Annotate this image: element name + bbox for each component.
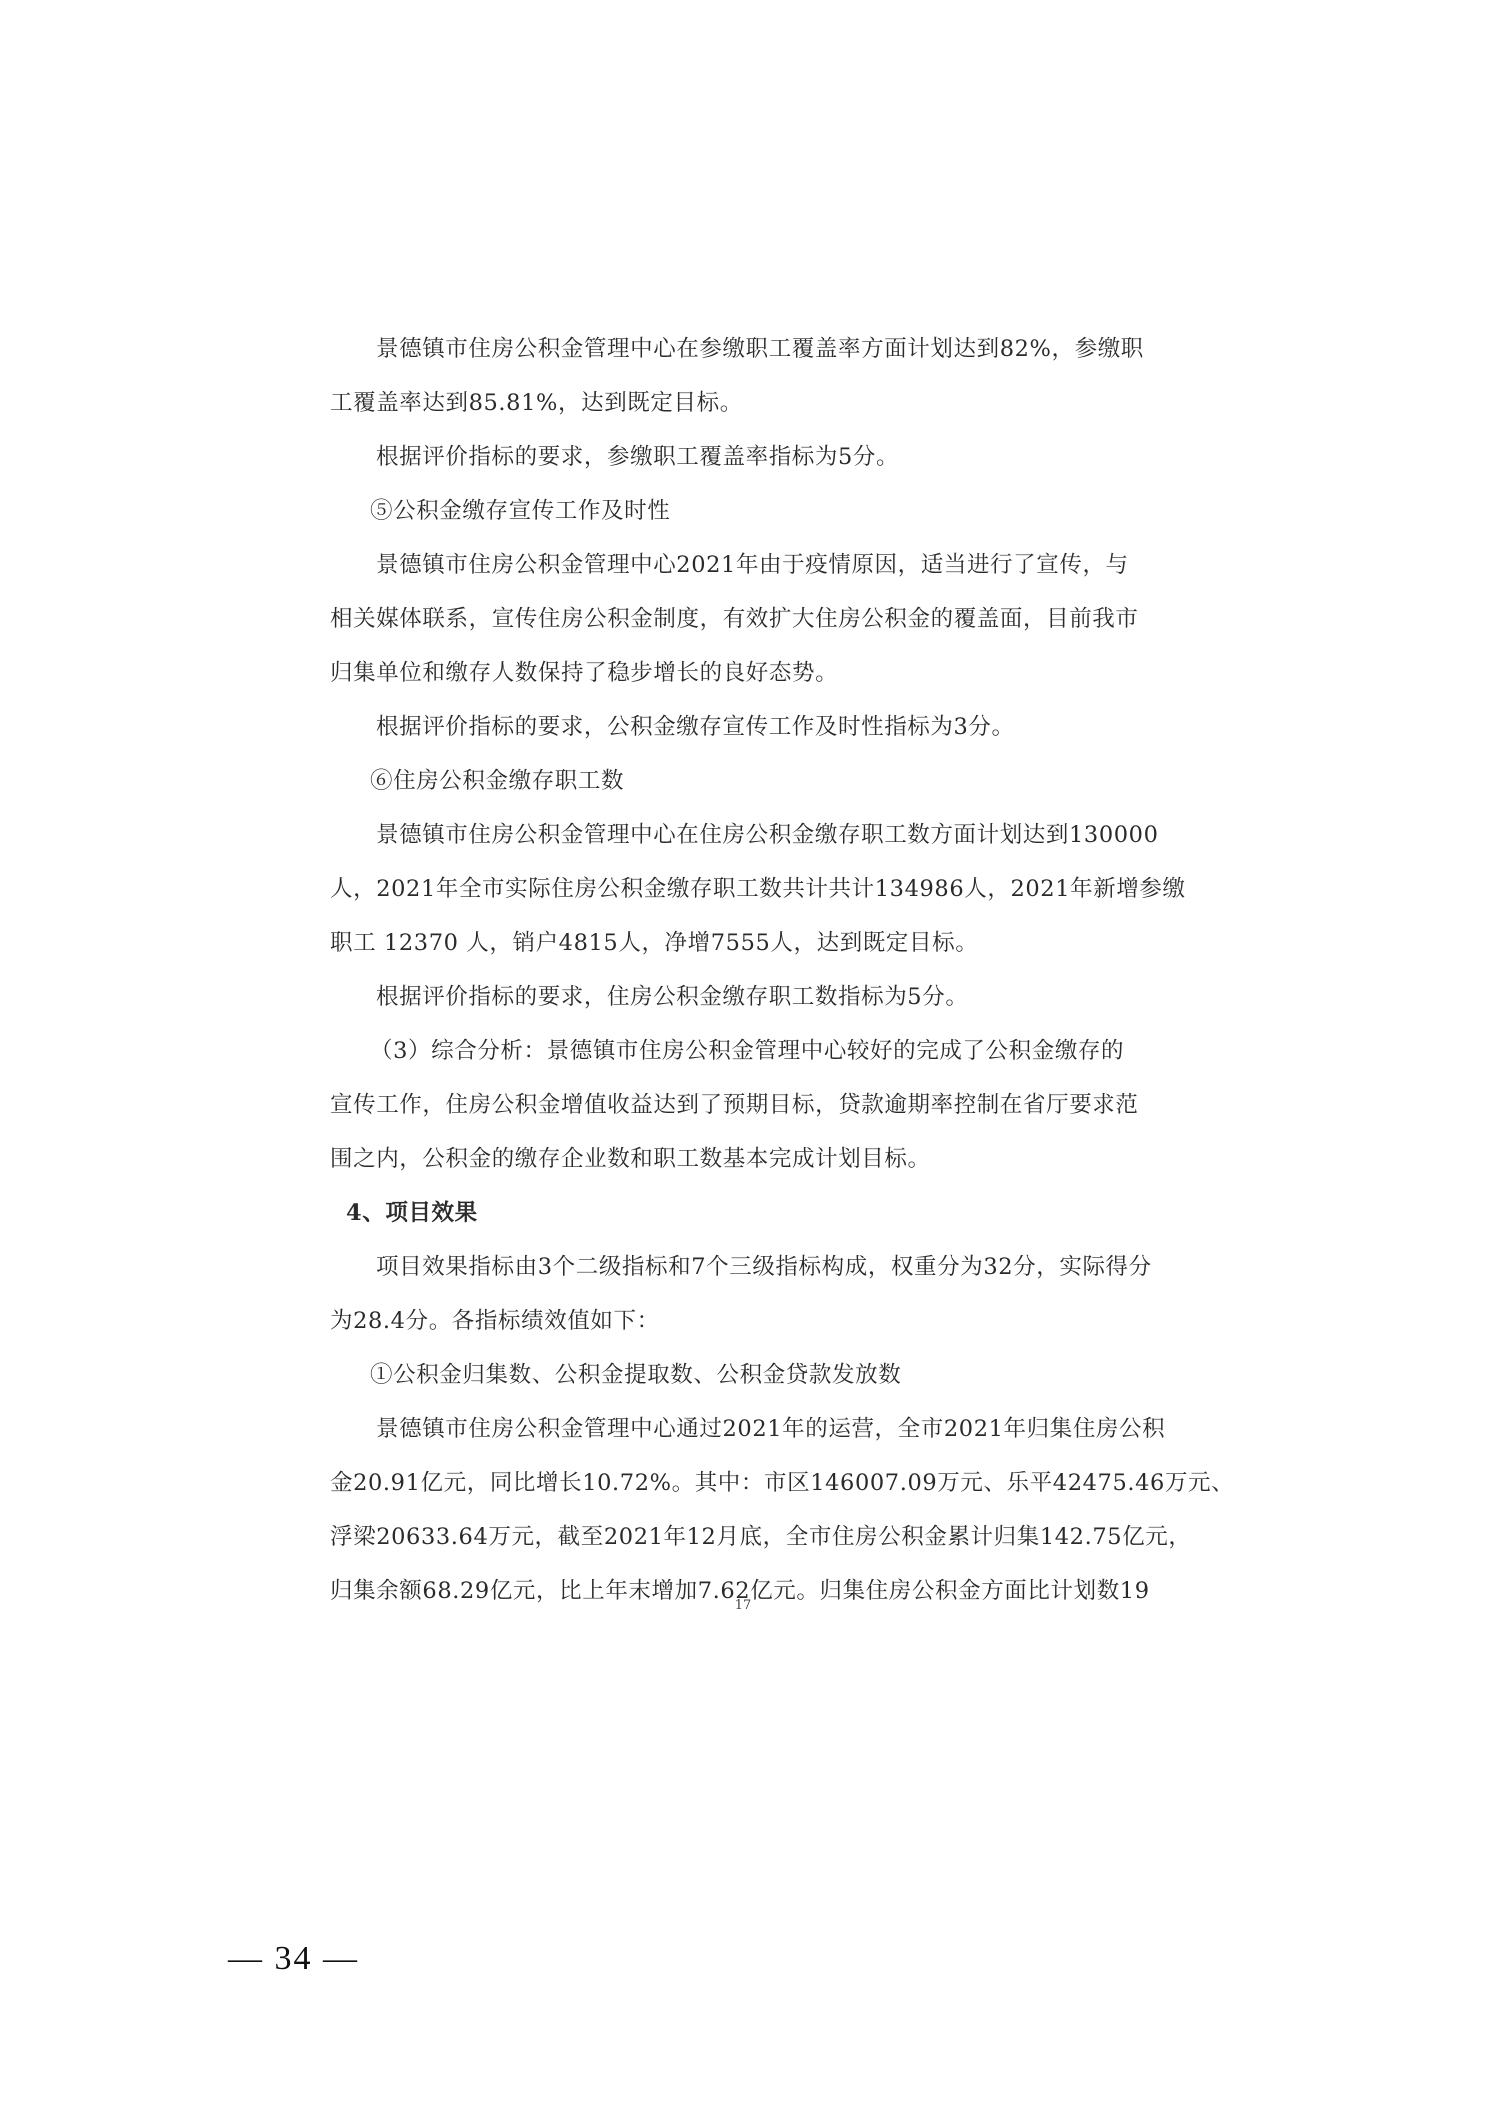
inner-page-number: 17 [0, 1598, 1486, 1613]
paragraph-line: 围之内，公积金的缴存企业数和职工数基本完成计划目标。 [330, 1132, 1180, 1186]
paragraph-line: 浮梁20633.64万元，截至2021年12月底，全市住房公积金累计归集142.… [330, 1510, 1180, 1564]
paragraph-line: 人，2021年全市实际住房公积金缴存职工数共计共计134986人，2021年新增… [330, 862, 1180, 916]
paragraph-line: 根据评价指标的要求，参缴职工覆盖率指标为5分。 [330, 430, 1180, 484]
paragraph-line: 根据评价指标的要求，住房公积金缴存职工数指标为5分。 [330, 970, 1180, 1024]
paragraph-line: 根据评价指标的要求，公积金缴存宣传工作及时性指标为3分。 [330, 700, 1180, 754]
paragraph-line: 职工 12370 人，销户4815人，净增7555人，达到既定目标。 [330, 916, 1180, 970]
outer-page-number: — 34 — [228, 1940, 359, 1978]
paragraph-line: 景德镇市住房公积金管理中心通过2021年的运营，全市2021年归集住房公积 [330, 1402, 1180, 1456]
subheading: ①公积金归集数、公积金提取数、公积金贷款发放数 [330, 1348, 1180, 1402]
subheading: ⑤公积金缴存宣传工作及时性 [330, 484, 1180, 538]
paragraph-line: 归集单位和缴存人数保持了稳步增长的良好态势。 [330, 646, 1180, 700]
document-page: 景德镇市住房公积金管理中心在参缴职工覆盖率方面计划达到82%，参缴职 工覆盖率达… [0, 0, 1486, 2103]
document-body: 景德镇市住房公积金管理中心在参缴职工覆盖率方面计划达到82%，参缴职 工覆盖率达… [330, 322, 1180, 1618]
paragraph-line: 项目效果指标由3个二级指标和7个三级指标构成，权重分为32分，实际得分 [330, 1240, 1180, 1294]
paragraph-line: 工覆盖率达到85.81%，达到既定目标。 [330, 376, 1180, 430]
paragraph-line: 景德镇市住房公积金管理中心在住房公积金缴存职工数方面计划达到130000 [330, 808, 1180, 862]
section-heading: 4、项目效果 [330, 1186, 1180, 1240]
paragraph-line: 景德镇市住房公积金管理中心在参缴职工覆盖率方面计划达到82%，参缴职 [330, 322, 1180, 376]
paragraph-line: （3）综合分析：景德镇市住房公积金管理中心较好的完成了公积金缴存的 [330, 1024, 1180, 1078]
paragraph-line: 金20.91亿元，同比增长10.72%。其中：市区146007.09万元、乐平4… [330, 1456, 1180, 1510]
subheading: ⑥住房公积金缴存职工数 [330, 754, 1180, 808]
paragraph-line: 相关媒体联系，宣传住房公积金制度，有效扩大住房公积金的覆盖面，目前我市 [330, 592, 1180, 646]
paragraph-line: 景德镇市住房公积金管理中心2021年由于疫情原因，适当进行了宣传，与 [330, 538, 1180, 592]
paragraph-line: 宣传工作，住房公积金增值收益达到了预期目标，贷款逾期率控制在省厅要求范 [330, 1078, 1180, 1132]
paragraph-line: 为28.4分。各指标绩效值如下： [330, 1294, 1180, 1348]
